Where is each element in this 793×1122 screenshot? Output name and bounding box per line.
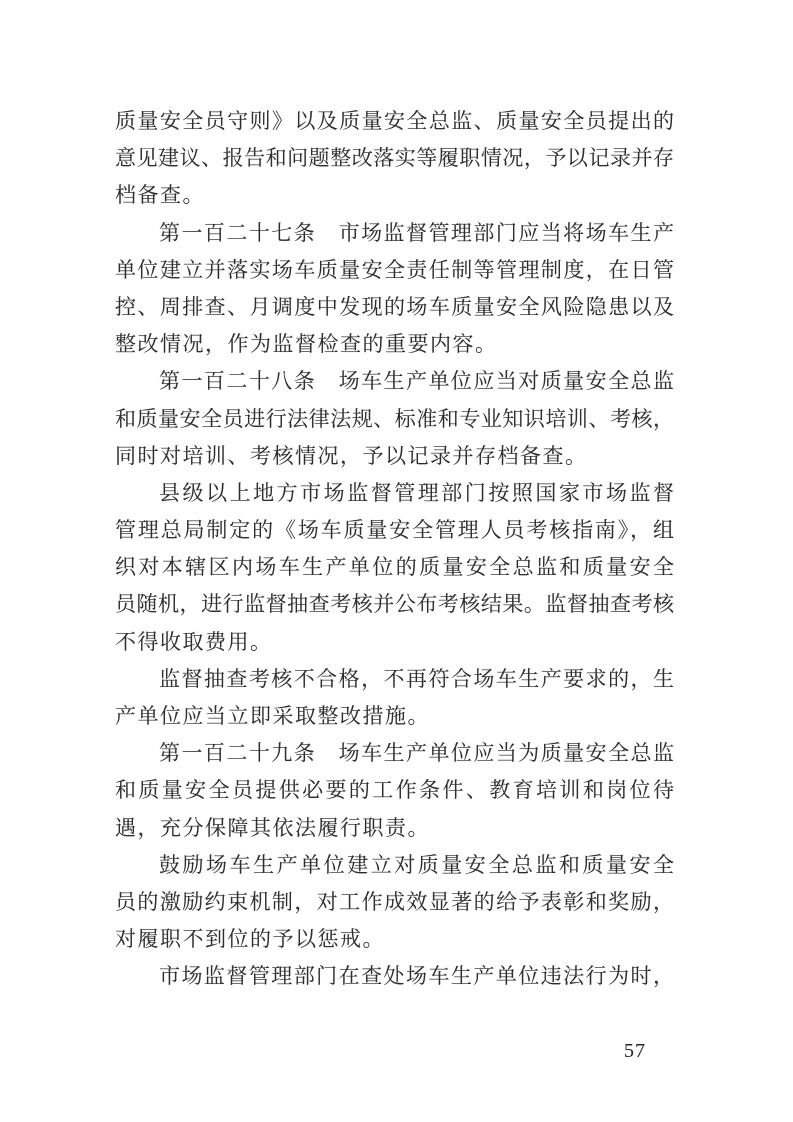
text-line: 同时对培训、考核情况，予以记录并存档备查。 (115, 438, 674, 475)
document-text-block: 质量安全员守则》以及质量安全总监、质量安全员提出的 意见建议、报告和问题整改落实… (115, 103, 674, 996)
text-line: 管理总局制定的《场车质量安全管理人员考核指南》，组 (115, 512, 674, 549)
text-line: 市场监督管理部门在查处场车生产单位违法行为时， (115, 958, 674, 995)
text-line: 第一百二十七条 市场监督管理部门应当将场车生产 (115, 215, 674, 252)
text-line: 第一百二十八条 场车生产单位应当对质量安全总监 (115, 363, 674, 400)
text-line: 质量安全员守则》以及质量安全总监、质量安全员提出的 (115, 103, 674, 140)
page-number: 57 (624, 1040, 646, 1063)
text-line: 监督抽查考核不合格，不再符合场车生产要求的，生 (115, 661, 674, 698)
text-line: 控、周排查、月调度中发现的场车质量安全风险隐患以及 (115, 289, 674, 326)
text-line: 和质量安全员提供必要的工作条件、教育培训和岗位待 (115, 772, 674, 809)
text-line: 员随机，进行监督抽查考核并公布考核结果。监督抽查考核 (115, 586, 674, 623)
text-line: 第一百二十九条 场车生产单位应当为质量安全总监 (115, 735, 674, 772)
text-line: 档备查。 (115, 177, 674, 214)
text-line: 鼓励场车生产单位建立对质量安全总监和质量安全 (115, 847, 674, 884)
text-line: 意见建议、报告和问题整改落实等履职情况，予以记录并存 (115, 140, 674, 177)
text-line: 整改情况，作为监督检查的重要内容。 (115, 326, 674, 363)
text-line: 产单位应当立即采取整改措施。 (115, 698, 674, 735)
text-line: 遇，充分保障其依法履行职责。 (115, 810, 674, 847)
text-line: 织对本辖区内场车生产单位的质量安全总监和质量安全 (115, 549, 674, 586)
text-line: 县级以上地方市场监督管理部门按照国家市场监督 (115, 475, 674, 512)
document-page: 质量安全员守则》以及质量安全总监、质量安全员提出的 意见建议、报告和问题整改落实… (0, 0, 793, 1122)
text-line: 员的激励约束机制，对工作成效显著的给予表彰和奖励， (115, 884, 674, 921)
text-line: 和质量安全员进行法律法规、标准和专业知识培训、考核， (115, 401, 674, 438)
text-line: 不得收取费用。 (115, 624, 674, 661)
text-line: 对履职不到位的予以惩戒。 (115, 921, 674, 958)
text-line: 单位建立并落实场车质量安全责任制等管理制度，在日管 (115, 252, 674, 289)
